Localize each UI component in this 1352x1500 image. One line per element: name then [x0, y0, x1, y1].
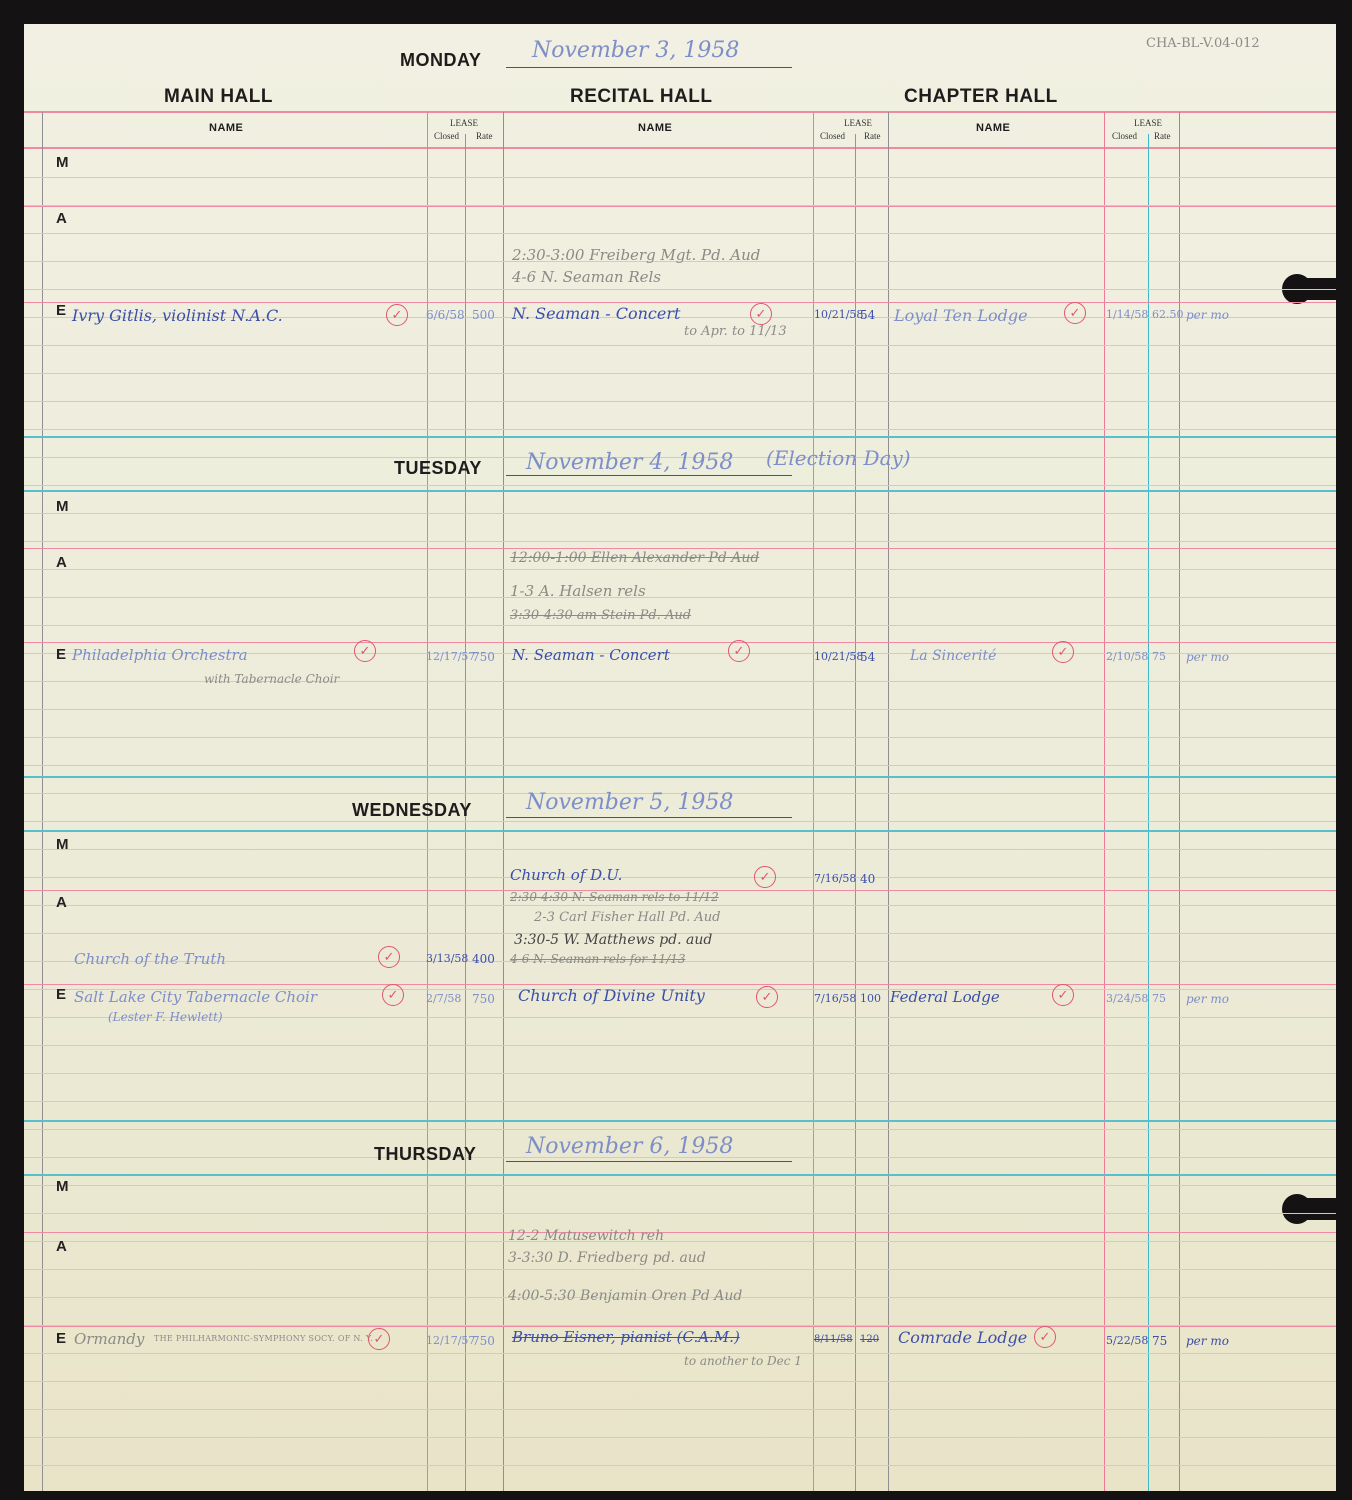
hall-title-recital: RECITAL HALL: [570, 86, 713, 108]
row-label-evening: E: [56, 1330, 66, 1347]
day-label: TUESDAY: [394, 458, 482, 479]
lease-rate: 750: [472, 992, 495, 1006]
lease-rate-header: Rate: [864, 131, 881, 141]
rate-note: per mo: [1186, 650, 1229, 664]
lease-closed: 2/7/58: [426, 992, 461, 1005]
lease-rate-header: Rate: [476, 131, 493, 141]
date-note: (Election Day): [766, 446, 911, 470]
lease-header: LEASE: [844, 118, 872, 128]
lease-rate: 750: [472, 650, 495, 664]
rate-note: per mo: [1186, 308, 1229, 322]
rule: [24, 111, 1336, 113]
lease-closed: 7/16/58: [814, 872, 856, 885]
day-label: MONDAY: [400, 50, 481, 71]
lease-closed-header: Closed: [820, 131, 845, 141]
catalog-id: CHA-BL-V.04-012: [1146, 36, 1260, 51]
main-hall-afternoon-booking: Church of the Truth: [74, 950, 226, 968]
recital-afternoon-note: 2:30-3:00 Freiberg Mgt. Pd. Aud: [512, 246, 760, 264]
main-hall-note: (Lester F. Hewlett): [108, 1010, 223, 1024]
confirmed-check-icon: ✓: [1034, 1326, 1056, 1348]
row-label-evening: E: [56, 986, 66, 1003]
row-label-afternoon: A: [56, 554, 67, 571]
confirmed-check-icon: ✓: [756, 986, 778, 1008]
lease-header: LEASE: [1134, 118, 1162, 128]
row-label-evening: E: [56, 302, 66, 319]
recital-afternoon-note: 3-3:30 D. Friedberg pd. aud: [508, 1250, 706, 1266]
lease-closed: 8/11/58: [814, 1334, 853, 1345]
lease-closed-header: Closed: [434, 131, 459, 141]
rule: [24, 984, 1336, 985]
recital-afternoon-note: 4-6 N. Seaman rels for 11/13: [510, 952, 686, 966]
lease-rate: 400: [472, 952, 495, 966]
recital-afternoon-note: 3:30-4:30 am Stein Pd. Aud: [510, 608, 691, 623]
lease-rate: 75: [1152, 992, 1166, 1005]
date-value: November 3, 1958: [532, 38, 739, 63]
recital-afternoon-note: 2-3 Carl Fisher Hall Pd. Aud: [534, 910, 720, 925]
rule: [24, 1232, 1336, 1233]
lease-closed-header: Closed: [1112, 131, 1137, 141]
lease-closed: 1/14/58: [1106, 308, 1148, 321]
lease-header: LEASE: [450, 118, 478, 128]
lease-closed: 12/17/57: [426, 1334, 475, 1347]
chapter-hall-booking: La Sincerité: [910, 648, 996, 664]
confirmed-check-icon: ✓: [1052, 641, 1074, 663]
ledger-page: CHA-BL-V.04-012 MONDAY November 3, 1958 …: [24, 24, 1336, 1491]
recital-morning-booking: Church of D.U.: [510, 866, 622, 884]
confirmed-check-icon: ✓: [354, 640, 376, 662]
lease-rate: 100: [860, 992, 881, 1005]
lease-closed: 6/6/58: [426, 308, 465, 322]
lease-rate: 62.50: [1152, 308, 1184, 321]
rule: [24, 147, 1336, 149]
day-separator: [24, 1174, 1336, 1176]
recital-hall-booking: N. Seaman - Concert: [512, 304, 680, 323]
lease-closed: 3/13/58: [426, 952, 468, 965]
confirmed-check-icon: ✓: [1052, 984, 1074, 1006]
recital-afternoon-note: 1-3 A. Halsen rels: [510, 582, 646, 600]
date-value: November 5, 1958: [526, 790, 733, 815]
recital-afternoon-note: 12:00-1:00 Ellen Alexander Pd Aud: [510, 550, 759, 566]
lease-rate: 40: [860, 872, 875, 886]
main-hall-note: with Tabernacle Choir: [204, 672, 339, 686]
recital-note: to another to Dec 1: [684, 1354, 802, 1368]
col-name-main: NAME: [209, 122, 243, 134]
recital-hall-booking: Bruno Eisner, pianist (C.A.M.): [512, 1328, 740, 1346]
date-value: November 4, 1958: [526, 450, 733, 475]
day-label: WEDNESDAY: [352, 800, 472, 821]
row-label-morning: M: [56, 498, 69, 515]
date-underline: [506, 817, 792, 818]
rate-note: per mo: [1186, 1334, 1229, 1348]
lease-closed: 3/24/58: [1106, 992, 1148, 1005]
chapter-hall-booking: Comrade Lodge: [898, 1328, 1027, 1347]
main-hall-booking: Philadelphia Orchestra: [72, 646, 248, 664]
hall-title-chapter: CHAPTER HALL: [904, 86, 1058, 108]
lease-rate: 75: [1152, 650, 1166, 663]
lease-closed: 5/22/58: [1106, 1334, 1148, 1347]
recital-hall-booking: Church of Divine Unity: [518, 986, 705, 1005]
rate-note: per mo: [1186, 992, 1229, 1006]
rule: [24, 548, 1336, 549]
rule: [24, 206, 1336, 207]
lease-rate: 54: [860, 308, 875, 322]
lease-closed: 2/10/58: [1106, 650, 1148, 663]
recital-hall-booking: N. Seaman - Concert: [512, 646, 670, 664]
lease-rate: 75: [1152, 1334, 1167, 1348]
lease-closed: 12/17/57: [426, 650, 475, 663]
row-label-afternoon: A: [56, 894, 67, 911]
confirmed-check-icon: ✓: [1064, 302, 1086, 324]
day-separator: [24, 490, 1336, 492]
recital-afternoon-note: 12-2 Matusewitch reh: [508, 1228, 664, 1244]
lease-closed: 10/21/58: [814, 650, 863, 663]
confirmed-check-icon: ✓: [754, 866, 776, 888]
day-separator: [24, 830, 1336, 832]
lease-rate: 500: [472, 308, 495, 322]
confirmed-check-icon: ✓: [728, 640, 750, 662]
chapter-hall-booking: Federal Lodge: [890, 988, 1000, 1006]
main-hall-booking: Salt Lake City Tabernacle Choir: [74, 988, 317, 1006]
date-value: November 6, 1958: [526, 1134, 733, 1159]
date-underline: [506, 1161, 792, 1162]
date-underline: [506, 67, 792, 68]
confirmed-check-icon: ✓: [368, 1328, 390, 1350]
recital-afternoon-note: 4:00-5:30 Benjamin Oren Pd Aud: [508, 1288, 742, 1304]
confirmed-check-icon: ✓: [750, 303, 772, 325]
lease-rate: 54: [860, 650, 875, 664]
day-label: THURSDAY: [374, 1144, 476, 1165]
day-separator: [24, 436, 1336, 438]
row-label-afternoon: A: [56, 1238, 67, 1255]
society-stamp: THE PHILHARMONIC-SYMPHONY SOCY. OF N. Y.: [154, 1334, 373, 1343]
rule: [24, 642, 1336, 643]
recital-afternoon-note: 2:30-4:30 N. Seaman rels to 11/12: [510, 890, 719, 904]
main-hall-booking: Ormandy: [74, 1330, 144, 1348]
row-label-evening: E: [56, 646, 66, 663]
confirmed-check-icon: ✓: [386, 304, 408, 326]
lease-rate-header: Rate: [1154, 131, 1171, 141]
recital-afternoon-note: 3:30-5 W. Matthews pd. aud: [514, 932, 712, 948]
rule: [24, 302, 1336, 303]
lease-closed: 10/21/58: [814, 308, 863, 321]
main-hall-booking: Ivry Gitlis, violinist N.A.C.: [72, 306, 283, 325]
lease-closed: 7/16/58: [814, 992, 856, 1005]
row-label-morning: M: [56, 1178, 69, 1195]
confirmed-check-icon: ✓: [382, 984, 404, 1006]
col-name-chapter: NAME: [976, 122, 1010, 134]
recital-note: to Apr. to 11/13: [684, 324, 787, 339]
date-underline: [506, 475, 792, 476]
row-label-afternoon: A: [56, 210, 67, 227]
recital-afternoon-note: 4-6 N. Seaman Rels: [512, 268, 661, 286]
hall-title-main: MAIN HALL: [164, 86, 273, 108]
day-separator: [24, 776, 1336, 778]
row-label-morning: M: [56, 836, 69, 853]
rule: [24, 1326, 1336, 1327]
lease-rate: 120: [860, 1334, 879, 1345]
confirmed-check-icon: ✓: [378, 946, 400, 968]
day-separator: [24, 1120, 1336, 1122]
col-name-recital: NAME: [638, 122, 672, 134]
row-label-morning: M: [56, 154, 69, 171]
chapter-hall-booking: Loyal Ten Lodge: [894, 306, 1028, 325]
lease-rate: 750: [472, 1334, 495, 1348]
